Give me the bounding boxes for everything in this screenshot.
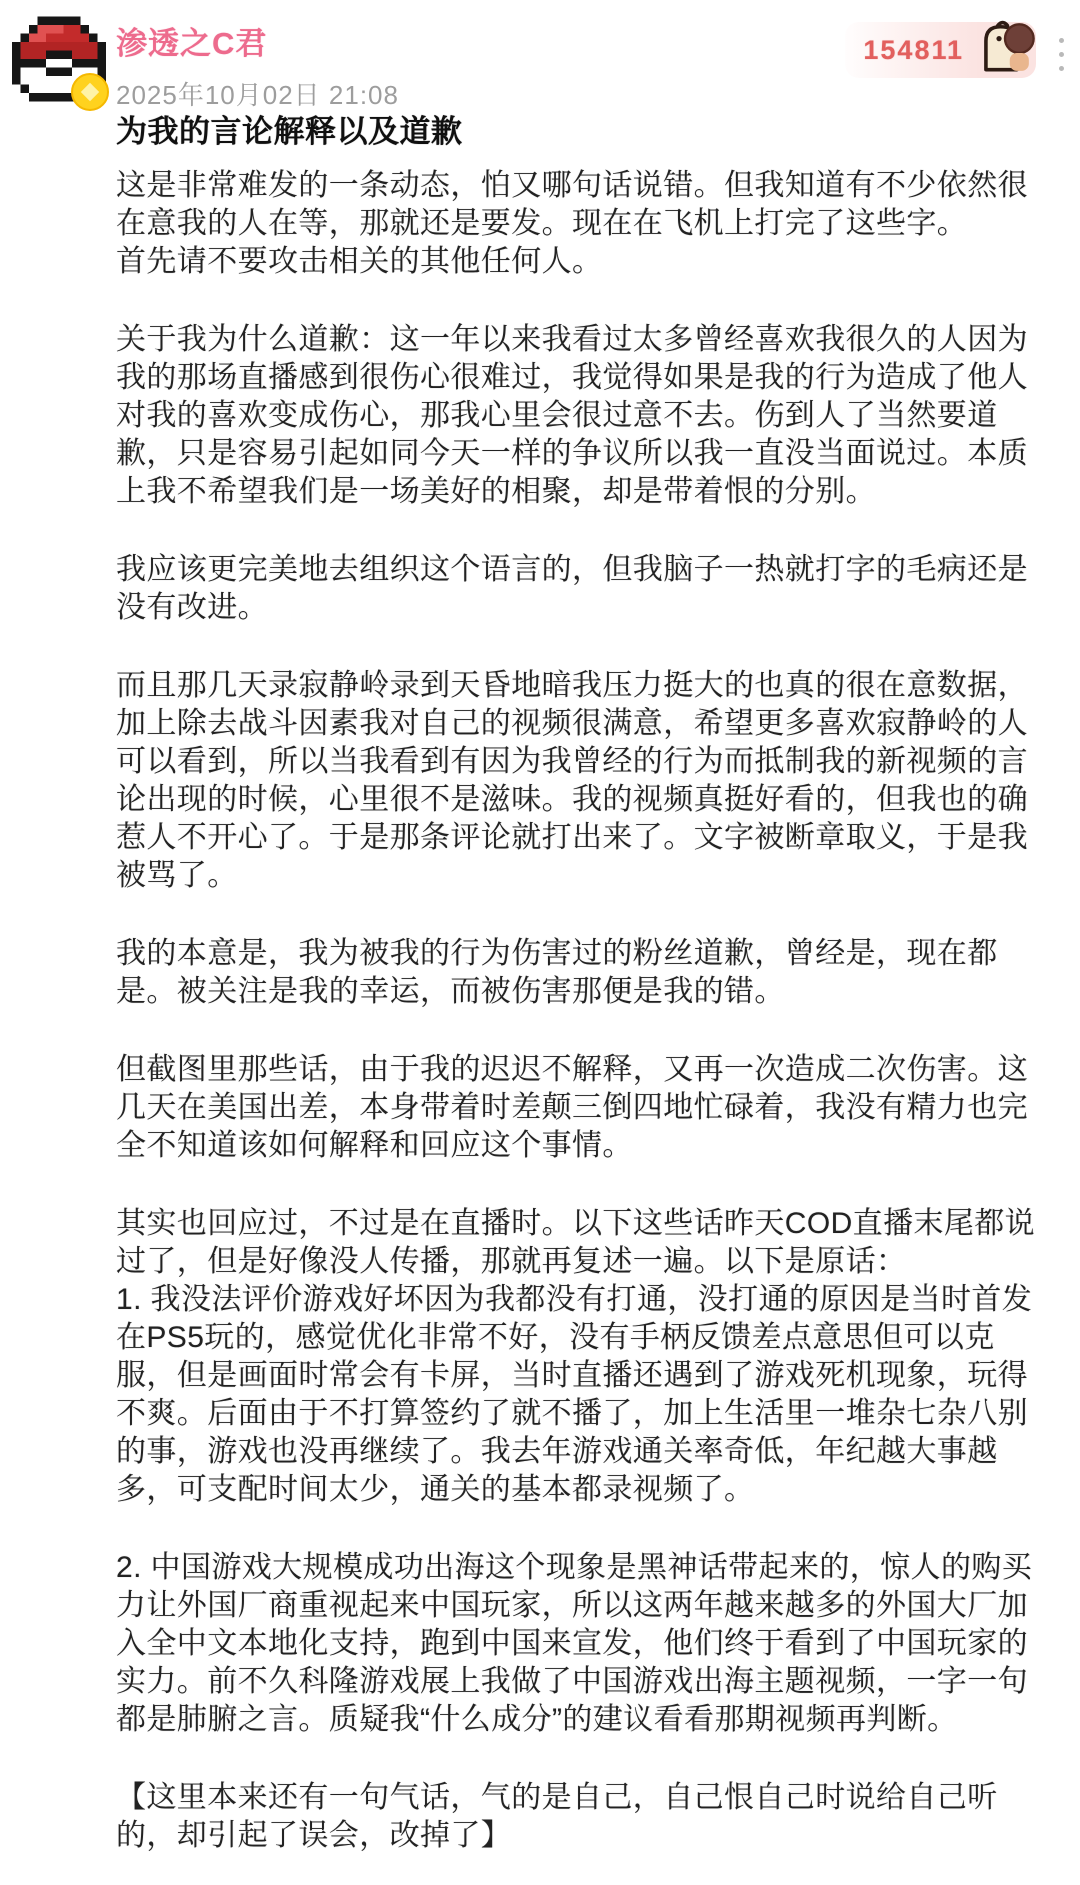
post-paragraph: 我的本意是，我为被我的行为伤害过的粉丝道歉，曾经是，现在都是。被关注是我的幸运，… — [116, 935, 1046, 1011]
bear-mascot-icon — [974, 17, 1036, 77]
user-info: 渗透之C君 2025年10月02日 21:08 — [116, 18, 399, 112]
avatar[interactable] — [12, 14, 106, 110]
post-paragraph: 2. 中国游戏大规模成功出海这个现象是黑神话带起来的，惊人的购买力让外国厂商重视… — [116, 1549, 1046, 1739]
post-page: 渗透之C君 2025年10月02日 21:08 154811 为我的言论解释以及… — [0, 0, 1080, 1885]
username[interactable]: 渗透之C君 — [116, 18, 399, 63]
coin-badge-icon — [70, 72, 110, 112]
more-menu-icon[interactable] — [1046, 26, 1076, 82]
fan-badge[interactable]: 154811 — [845, 22, 1036, 78]
post-paragraph: 其实也回应过，不过是在直播时。以下这些话昨天COD直播末尾都说过了，但是好像没人… — [116, 1205, 1046, 1509]
post-paragraph: 我应该更完美地去组织这个语言的，但我脑子一热就打字的毛病还是没有改进。 — [116, 551, 1046, 627]
post-header: 渗透之C君 2025年10月02日 21:08 154811 — [0, 0, 1080, 100]
post-paragraph: 关于我为什么道歉：这一年以来我看过太多曾经喜欢我很久的人因为我的那场直播感到很伤… — [116, 321, 1046, 511]
post-paragraph: 【这里本来还有一句气话，气的是自己，自己恨自己时说给自己听的，却引起了误会，改掉… — [116, 1779, 1046, 1855]
post-paragraph: 但截图里那些话，由于我的迟迟不解释，又再一次造成二次伤害。这几天在美国出差，本身… — [116, 1051, 1046, 1165]
post-title: 为我的言论解释以及道歉 — [116, 106, 1046, 151]
post-content: 为我的言论解释以及道歉 这是非常难发的一条动态，怕又哪句话说错。但我知道有不少依… — [0, 100, 1080, 1885]
fan-badge-count: 154811 — [863, 35, 964, 66]
timestamp: 2025年10月02日 21:08 — [116, 75, 399, 112]
post-paragraph: 而且那几天录寂静岭录到天昏地暗我压力挺大的也真的很在意数据，加上除去战斗因素我对… — [116, 667, 1046, 895]
post-paragraph: 这是非常难发的一条动态，怕又哪句话说错。但我知道有不少依然很在意我的人在等，那就… — [116, 167, 1046, 281]
